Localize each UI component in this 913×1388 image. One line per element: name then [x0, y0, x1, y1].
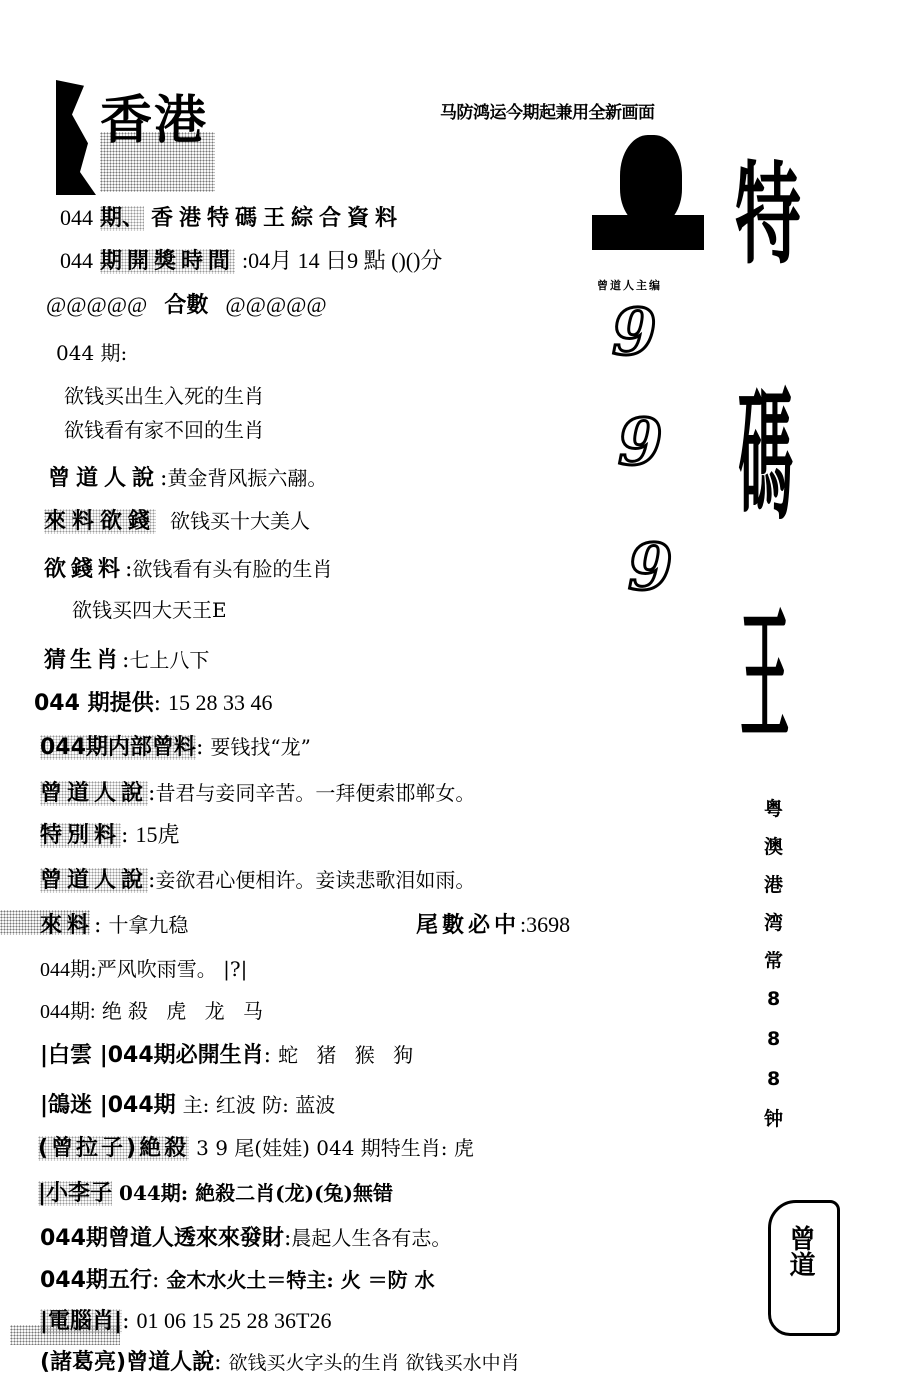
entry-row: 044期五行: 金木水火土＝特主: 火 ＝防 水	[40, 1267, 435, 1294]
line-label: 期開獎時間	[100, 249, 235, 274]
entry-text: 044期: 絶殺二肖(龙)(兔)無错	[119, 1181, 393, 1205]
portrait-image	[590, 135, 705, 275]
vertical-text-char: 湾	[764, 914, 783, 933]
decoration-right: @@@@@	[225, 292, 326, 317]
portrait-head	[620, 135, 682, 225]
riddle-line: 欲钱买出生入死的生肖	[64, 383, 264, 409]
entry-label: (諸葛亮)曾道人說	[40, 1350, 214, 1375]
entry-label: 044期内部曾料	[40, 735, 196, 760]
entry-label: 曾道人說	[48, 466, 160, 491]
title-char-te: 特	[735, 160, 801, 270]
entry-row: 來料欲錢 欲钱买十大美人	[44, 508, 310, 535]
entry-separator: :	[154, 691, 161, 716]
entry-label: |電腦肖|	[40, 1309, 122, 1334]
entry-row: 曾道人說:昔君与妾同辛苦。一拜便索邯郸女。	[40, 780, 475, 807]
entry-row: 曾道人說:妾欲君心便相许。妾读悲歌泪如雨。	[40, 867, 475, 894]
entry-text: 严风吹雨雪。 |?|	[97, 957, 248, 981]
entry-separator: :	[152, 1268, 159, 1293]
title-char-wang: 王	[740, 605, 790, 748]
entry-text: 欲钱买火字头的生肖 欲钱买水中肖	[229, 1352, 520, 1374]
issue-number: 044	[60, 205, 93, 230]
entry-separator: :	[121, 823, 128, 848]
entry-numbers: 15 28 33 46	[168, 690, 273, 715]
decorative-nine: 9	[612, 295, 657, 370]
entry-text: 黄金背风振六翮。	[167, 466, 327, 490]
entry-row: 曾道人說:黄金背风振六翮。	[48, 465, 327, 492]
entry-label: 尾數必中	[416, 913, 520, 938]
vertical-text-char: 钟	[764, 1110, 783, 1129]
entry-separator: :	[264, 1043, 271, 1068]
entry-label: 來料欲錢	[44, 509, 156, 534]
entry-row: 猜生肖:七上八下	[44, 647, 209, 674]
draw-time: :04月 14 日9 點 ()()分	[242, 248, 442, 273]
tail-number: :3698	[520, 912, 570, 937]
entry-text: 七上八下	[129, 648, 209, 672]
document-title: 香港特碼王綜合資料	[151, 205, 403, 231]
header-tagline: 马防鸿运今期起兼用全新画面	[440, 98, 655, 123]
entry-text: 蛇 猪 猴 狗	[278, 1043, 419, 1067]
entry-label: 044期五行	[40, 1268, 152, 1293]
entry-separator: :	[122, 1309, 129, 1334]
entry-separator: :	[196, 735, 203, 760]
entry-row: 044期曾道人透來來發財:晨起人生各有志。	[40, 1225, 451, 1252]
decorative-nine: 9	[618, 405, 663, 480]
entry-row: 特別料: 15虎	[40, 822, 179, 849]
vertical-text-char: 8	[767, 1070, 780, 1089]
entry-text: 妾欲君心便相许。妾读悲歌泪如雨。	[155, 868, 475, 892]
portrait-caption: 曾道人主编	[597, 277, 662, 293]
entry-label: 曾道人說	[40, 781, 148, 806]
entry-label: 特別料	[40, 823, 121, 848]
entry-label: 曾道人說	[40, 868, 148, 893]
entry-text: 昔君与妾同辛苦。一拜便索邯郸女。	[155, 781, 475, 805]
vertical-text-char: 粤	[764, 800, 783, 819]
entry-label: 來料	[40, 913, 94, 938]
vertical-text-char: 8	[767, 1030, 780, 1049]
entry-row: 欲钱买四大天王E	[72, 597, 227, 623]
entry-row: 來料: 十拿九稳	[40, 912, 188, 939]
logo-ink-mark	[56, 80, 96, 195]
entry-text: 十拿九稳	[108, 913, 188, 937]
entry-row: 044 期提供: 15 28 33 46	[34, 690, 273, 717]
vertical-text-char: 港	[764, 876, 783, 895]
entry-label: |鴿迷 |044期	[40, 1093, 176, 1118]
entry-separator: :	[94, 913, 101, 938]
decoration-left: @@@@@	[46, 292, 147, 317]
title-line-1: 044 期、 香港特碼王綜合資料	[60, 205, 403, 232]
entry-row: |小李子 044期: 絶殺二肖(龙)(兔)無错	[38, 1180, 393, 1207]
entry-row: (曾拉子)絶殺 3 9 尾(娃娃) 044 期特生肖: 虎	[38, 1135, 474, 1162]
riddle-line: 欲钱看有家不回的生肖	[64, 417, 264, 443]
portrait-shoulders	[592, 215, 704, 250]
entry-row: |白雲 |044期必開生肖: 蛇 猪 猴 狗	[40, 1042, 419, 1069]
entry-row: 044期:严风吹雨雪。 |?|	[40, 956, 247, 983]
entry-label: 044期	[40, 959, 90, 981]
entry-text: 欲钱买十大美人	[170, 509, 310, 533]
title-line-3: @@@@@ 合數 @@@@@	[46, 292, 327, 319]
entry-row: 欲錢料:欲钱看有头有脸的生肖	[44, 556, 332, 583]
decorative-nine: 9	[628, 530, 673, 605]
line-label: 期、	[100, 206, 144, 231]
vertical-text-char: 8	[767, 990, 780, 1009]
entry-label: |白雲 |044期必開生肖	[40, 1043, 264, 1068]
entry-text: 3 9 尾(娃娃) 044 期特生肖: 虎	[196, 1136, 474, 1160]
logo-title: 香港	[100, 78, 208, 153]
entry-label: 猜生肖	[44, 648, 122, 673]
entry-separator: :	[90, 957, 97, 981]
entry-text: 晨起人生各有志。	[291, 1226, 451, 1250]
entry-label: 044 期提供	[34, 691, 154, 716]
vertical-text-char: 澳	[764, 838, 783, 857]
riddle-issue: 044 期:	[56, 340, 127, 366]
entry-label: 044期曾道人透來來發財	[40, 1226, 284, 1251]
issue-number: 044	[60, 248, 93, 273]
seal-text: 曾道	[782, 1225, 819, 1277]
entry-text: 主: 红波 防: 蓝波	[183, 1093, 336, 1117]
entry-label: (曾拉子)絶殺	[38, 1136, 189, 1161]
vertical-text-char: 常	[764, 952, 783, 971]
entry-label: |小李子	[38, 1181, 112, 1206]
entry-row: 044期内部曾料: 要钱找“龙”	[40, 734, 311, 761]
entry-row: |電腦肖|: 01 06 15 25 28 36T26	[40, 1308, 331, 1335]
entry-row: |鴿迷 |044期 主: 红波 防: 蓝波	[40, 1092, 335, 1119]
entry-numbers: 01 06 15 25 28 36T26	[137, 1308, 332, 1333]
entry-row: 044期: 绝殺 虎 龙 马	[40, 998, 269, 1025]
line-label: 合數	[164, 293, 208, 318]
entry-text: 欲钱看有头有脸的生肖	[132, 557, 332, 581]
tail-number-row: 尾數必中:3698	[416, 912, 570, 939]
entry-text: 15虎	[135, 822, 179, 847]
entry-text: 绝殺 虎 龙 马	[102, 999, 269, 1023]
entry-separator: :	[214, 1350, 221, 1375]
title-line-2: 044 期開獎時間 :04月 14 日9 點 ()()分	[60, 248, 442, 275]
entry-text: 要钱找“龙”	[210, 735, 310, 759]
entry-label: 044期:	[40, 1001, 96, 1023]
entry-label: 欲錢料	[44, 557, 125, 582]
entry-row: (諸葛亮)曾道人說: 欲钱买火字头的生肖 欲钱买水中肖	[40, 1350, 520, 1376]
title-char-ma: 碼	[738, 385, 793, 528]
entry-text: 金木水火土＝特主: 火 ＝防 水	[166, 1268, 434, 1292]
